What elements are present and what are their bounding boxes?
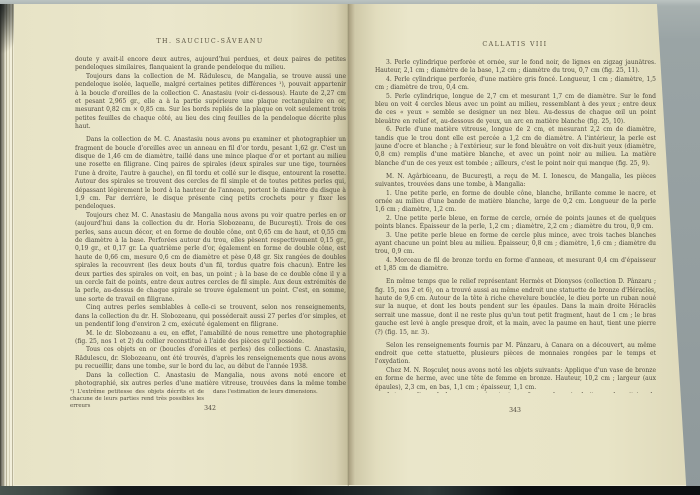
paragraph: doute y avait-il encore deux autres, auj… <box>75 56 346 73</box>
paragraph: Selon les renseignements fournis par M. … <box>375 342 656 367</box>
paragraph: Dans la collection de M. C. Anastasiu no… <box>75 136 346 212</box>
paragraph: 6. Perle d'une matière vitreuse, longue … <box>375 126 656 168</box>
paragraph: Autre applique de bronze, représentant u… <box>375 392 656 393</box>
right-page: CALLATIS VIII 3. Perle cylindrique perfo… <box>349 4 690 487</box>
paragraph: En même temps que le relief représentant… <box>375 278 656 337</box>
paragraph: 3. Perle cylindrique perforée et ornée, … <box>375 59 656 76</box>
paragraph: Cinq autres perles semblables à celle-ci… <box>75 304 346 329</box>
paragraph: 4. Morceau de fil de bronze tordu en for… <box>375 257 656 274</box>
paragraph: 3. Une petite perle bleue en forme de ce… <box>375 232 656 257</box>
paragraph: M. le dr. Slobozeanu a eu, en effet, l'a… <box>75 330 346 347</box>
running-head-right: CALLATIS VIII <box>375 41 655 48</box>
paragraph: M. N. Agârbiceanu, de Bucureşti, a reçu … <box>375 173 656 190</box>
left-page: TH. SAUCIUC-SĂVEANU doute y avait-il enc… <box>14 4 349 487</box>
running-head-left: TH. SAUCIUC-SĂVEANU <box>75 38 345 45</box>
right-page-body: 3. Perle cylindrique perforée et ornée, … <box>375 59 656 393</box>
bottom-shadow-band <box>0 486 700 495</box>
page-number-right: 343 <box>375 407 655 414</box>
paragraph: Chez M. N. Roşculeţ nous avons noté les … <box>375 367 656 392</box>
book-scan: TH. SAUCIUC-SĂVEANU doute y avait-il enc… <box>0 0 700 495</box>
paragraph: Dans la collection C. Anastasiu de Manga… <box>75 372 346 386</box>
paragraph: 2. Une petite perle bleue, en forme de c… <box>375 215 656 232</box>
paragraph: Toujours dans la collection de M. Rădule… <box>75 73 346 132</box>
page-number-left: 342 <box>75 405 345 412</box>
paragraph: 5. Perle cylindrique, longue de 2,7 cm e… <box>375 93 656 127</box>
paragraph: 1. Une petite perle, en forme de double … <box>375 190 656 215</box>
left-page-body: doute y avait-il encore deux autres, auj… <box>75 56 346 386</box>
paragraph: Toujours chez M. C. Anastasiu de Mangali… <box>75 212 346 304</box>
paragraph: Tous ces objets en or (boucles d'oreille… <box>75 346 346 371</box>
paragraph: 4. Perle cylindrique perforée, d'une mat… <box>375 76 656 93</box>
